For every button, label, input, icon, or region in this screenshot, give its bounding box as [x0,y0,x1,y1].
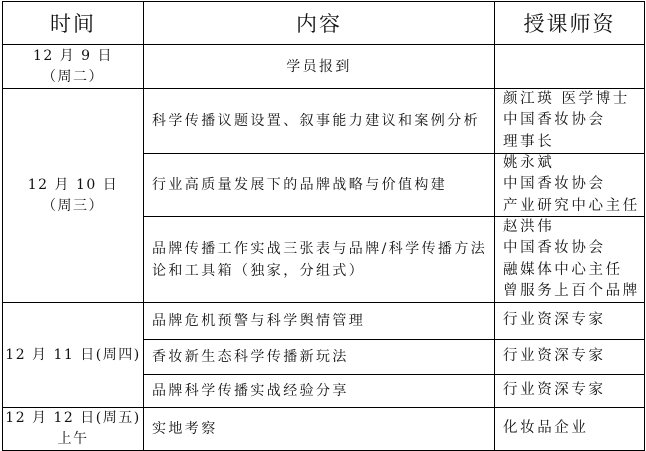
teacher-line: 行业资深专家 [503,380,606,402]
header-content: 内容 [144,2,494,44]
header-teacher: 授课师资 [495,2,644,44]
table-border-right [644,1,645,451]
content-cell: 学员报到 [144,45,494,88]
session-title: 品牌科学传播实战经验分享 [152,380,349,402]
teacher-line: 行业资深专家 [503,310,606,332]
weekday-line: （周三） [42,196,104,217]
session-title: 品牌传播工作实战三张表与品牌/科学传播方法 [152,238,487,260]
teacher-cell: 行业资深专家 [495,340,644,374]
teacher-line: 中国香妆协会 [503,238,606,260]
header-time: 时间 [3,2,143,44]
teacher-cell: 姚永斌 中国香妆协会 产业研究中心主任 [495,154,644,216]
teacher-cell: 行业资深专家 [495,375,644,407]
content-cell: 品牌科学传播实战经验分享 [144,375,494,407]
teacher-line: 化妆品企业 [503,418,589,440]
content-cell: 品牌危机预警与科学舆情管理 [144,303,494,339]
date-cell: 12 月 10 日 （周三） [3,89,143,302]
schedule-table: 时间 内容 授课师资 12 月 9 日 （周二） 学员报到 12 月 10 日 … [0,0,646,451]
content-cell: 行业高质量发展下的品牌战略与价值构建 [144,154,494,216]
date-cell: 12 月 11 日(周四) [3,303,143,407]
date-line: 12 月 9 日 [33,46,113,67]
time-of-day-line: 上午 [58,429,89,450]
teacher-line: 中国香妆协会 [503,174,606,196]
teacher-cell: 赵洪伟 中国香妆协会 融媒体中心主任 曾服务上百个品牌 [495,217,644,302]
teacher-line: 曾服务上百个品牌 [503,281,640,303]
teacher-line: 姚永斌 [503,153,554,175]
content-cell: 品牌传播工作实战三张表与品牌/科学传播方法 论和工具箱（独家，分组式） [144,217,494,302]
teacher-line: 中国香妆协会 [503,110,606,132]
session-title: 行业高质量发展下的品牌战略与价值构建 [152,174,447,196]
teacher-cell: 行业资深专家 [495,303,644,339]
teacher-cell [495,45,644,88]
date-line: 12 月 12 日(周五) [5,408,140,429]
weekday-line: （周二） [42,67,104,88]
content-cell: 实地考察 [144,408,494,450]
date-line: 12 月 11 日(周四) [5,345,140,366]
teacher-cell: 化妆品企业 [495,408,644,450]
session-title: 香妆新生态科学传播新玩法 [152,346,349,368]
teacher-cell: 颜江瑛 医学博士 中国香妆协会 理事长 [495,89,644,153]
date-line: 12 月 10 日 [28,175,118,196]
session-title: 论和工具箱（独家，分组式） [152,260,365,282]
teacher-line: 颜江瑛 医学博士 [503,89,630,111]
session-title: 科学传播议题设置、叙事能力建议和案例分析 [152,110,480,132]
session-title: 实地考察 [152,418,218,440]
teacher-line: 融媒体中心主任 [503,260,623,282]
session-title: 学员报到 [286,56,352,78]
date-cell: 12 月 12 日(周五) 上午 [3,408,143,450]
session-title: 品牌危机预警与科学舆情管理 [152,310,365,332]
date-cell: 12 月 9 日 （周二） [3,45,143,88]
teacher-line: 行业资深专家 [503,346,606,368]
content-cell: 香妆新生态科学传播新玩法 [144,340,494,374]
teacher-line: 赵洪伟 [503,217,554,239]
teacher-line: 理事长 [503,132,554,154]
content-cell: 科学传播议题设置、叙事能力建议和案例分析 [144,89,494,153]
teacher-line: 产业研究中心主任 [503,196,640,218]
